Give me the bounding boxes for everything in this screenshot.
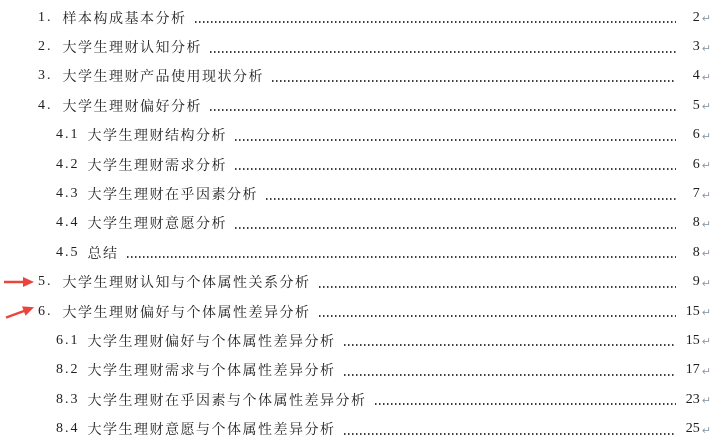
toc-row[interactable]: 3. 大学生理财产品使用现状分析 4 ↵ — [0, 62, 724, 91]
paragraph-return-mark-icon: ↵ — [702, 306, 711, 319]
toc-page-number: 7 — [682, 186, 700, 202]
toc-page-number: 25 — [682, 421, 700, 437]
toc-entry-number: 3. — [38, 68, 53, 84]
toc-entry-title: 大学生理财偏好与个体属性差异分析 — [63, 302, 311, 322]
toc-page-number: 6 — [682, 127, 700, 143]
toc-entry-number: 4.1 — [56, 127, 80, 143]
paragraph-return-mark-icon: ↵ — [702, 71, 711, 84]
toc-entry-title: 大学生理财偏好分析 — [63, 96, 203, 116]
paragraph-return-mark-icon: ↵ — [702, 42, 711, 55]
paragraph-return-mark-icon: ↵ — [702, 277, 711, 290]
toc-entry-number: 5. — [38, 274, 53, 290]
paragraph-return-mark-icon: ↵ — [702, 218, 711, 231]
toc-entry-title: 样本构成基本分析 — [63, 8, 187, 28]
toc-page-number: 23 — [682, 392, 700, 408]
red-arrow-icon — [4, 302, 36, 323]
toc-row[interactable]: 6. 大学生理财偏好与个体属性差异分析 15 ↵ — [0, 297, 724, 326]
dotted-leader — [210, 109, 676, 111]
paragraph-return-mark-icon: ↵ — [702, 189, 711, 202]
paragraph-return-mark-icon: ↵ — [702, 247, 711, 260]
toc-entry-number: 4.5 — [56, 245, 80, 261]
toc-row[interactable]: 4.3 大学生理财在乎因素分析 7 ↵ — [0, 179, 724, 208]
toc-page-number: 3 — [682, 39, 700, 55]
dotted-leader — [319, 286, 676, 288]
toc-row[interactable]: 5. 大学生理财认知与个体属性关系分析 9 ↵ — [0, 268, 724, 297]
toc-entry-title: 大学生理财在乎因素与个体属性差异分析 — [88, 390, 367, 410]
toc-row[interactable]: 4.2 大学生理财需求分析 6 ↵ — [0, 150, 724, 179]
dotted-leader — [235, 168, 676, 170]
toc-row[interactable]: 2. 大学生理财认知分析 3 ↵ — [0, 32, 724, 61]
dotted-leader — [375, 403, 676, 405]
toc-entry-title: 大学生理财需求分析 — [88, 155, 228, 175]
toc-page-number: 9 — [682, 274, 700, 290]
toc-row[interactable]: 8.3 大学生理财在乎因素与个体属性差异分析 23 ↵ — [0, 385, 724, 414]
paragraph-return-mark-icon: ↵ — [702, 424, 711, 437]
toc-list: 1. 样本构成基本分析 2 ↵ 2. 大学生理财认知分析 3 ↵ 3. 大学生理… — [0, 3, 724, 444]
toc-page-number: 8 — [682, 245, 700, 261]
dotted-leader — [210, 51, 676, 53]
paragraph-return-mark-icon: ↵ — [702, 130, 711, 143]
toc-entry-title: 大学生理财认知与个体属性关系分析 — [63, 272, 311, 292]
dotted-leader — [344, 374, 676, 376]
paragraph-return-mark-icon: ↵ — [702, 394, 711, 407]
toc-entry-title: 大学生理财偏好与个体属性差异分析 — [88, 331, 336, 351]
toc-row[interactable]: 4. 大学生理财偏好分析 5 ↵ — [0, 91, 724, 120]
toc-row[interactable]: 8.4 大学生理财意愿与个体属性差异分析 25 ↵ — [0, 414, 724, 443]
toc-entry-number: 8.4 — [56, 421, 80, 437]
toc-row[interactable]: 6.1 大学生理财偏好与个体属性差异分析 15 ↵ — [0, 326, 724, 355]
toc-entry-number: 4.4 — [56, 215, 80, 231]
dotted-leader — [319, 315, 676, 317]
dotted-leader — [344, 344, 676, 346]
toc-entry-number: 6.1 — [56, 333, 80, 349]
toc-entry-number: 8.2 — [56, 362, 80, 378]
toc-page-number: 15 — [682, 304, 700, 320]
toc-entry-title: 大学生理财产品使用现状分析 — [63, 66, 265, 86]
toc-page-number: 15 — [682, 333, 700, 349]
toc-entry-number: 6. — [38, 304, 53, 320]
toc-entry-title: 总结 — [88, 243, 119, 263]
dotted-leader — [195, 21, 676, 23]
toc-entry-title: 大学生理财意愿与个体属性差异分析 — [88, 419, 336, 439]
dotted-leader — [235, 227, 676, 229]
toc-entry-title: 大学生理财意愿分析 — [88, 213, 228, 233]
paragraph-return-mark-icon: ↵ — [702, 100, 711, 113]
toc-entry-number: 2. — [38, 39, 53, 55]
toc-page: 1. 样本构成基本分析 2 ↵ 2. 大学生理财认知分析 3 ↵ 3. 大学生理… — [0, 0, 724, 444]
dotted-leader — [235, 139, 676, 141]
paragraph-return-mark-icon: ↵ — [702, 12, 711, 25]
toc-page-number: 6 — [682, 157, 700, 173]
paragraph-return-mark-icon: ↵ — [702, 159, 711, 172]
toc-page-number: 17 — [682, 362, 700, 378]
toc-entry-number: 4.2 — [56, 157, 80, 173]
paragraph-return-mark-icon: ↵ — [702, 365, 711, 378]
toc-page-number: 2 — [682, 10, 700, 26]
paragraph-return-mark-icon: ↵ — [702, 335, 711, 348]
dotted-leader — [272, 80, 676, 82]
toc-entry-title: 大学生理财在乎因素分析 — [88, 184, 259, 204]
toc-page-number: 8 — [682, 215, 700, 231]
toc-entry-title: 大学生理财需求与个体属性差异分析 — [88, 360, 336, 380]
toc-entry-title: 大学生理财结构分析 — [88, 125, 228, 145]
toc-entry-title: 大学生理财认知分析 — [63, 37, 203, 57]
toc-row[interactable]: 4.1 大学生理财结构分析 6 ↵ — [0, 121, 724, 150]
toc-row[interactable]: 1. 样本构成基本分析 2 ↵ — [0, 3, 724, 32]
toc-entry-number: 4.3 — [56, 186, 80, 202]
dotted-leader — [127, 256, 676, 258]
toc-entry-number: 8.3 — [56, 392, 80, 408]
toc-page-number: 4 — [682, 68, 700, 84]
toc-page-number: 5 — [682, 98, 700, 114]
red-arrow-icon — [4, 277, 34, 288]
toc-row[interactable]: 4.5 总结 8 ↵ — [0, 238, 724, 267]
toc-entry-number: 4. — [38, 98, 53, 114]
toc-entry-number: 1. — [38, 10, 53, 26]
toc-row[interactable]: 8.2 大学生理财需求与个体属性差异分析 17 ↵ — [0, 356, 724, 385]
toc-row[interactable]: 4.4 大学生理财意愿分析 8 ↵ — [0, 209, 724, 238]
dotted-leader — [344, 433, 676, 435]
dotted-leader — [266, 198, 676, 200]
